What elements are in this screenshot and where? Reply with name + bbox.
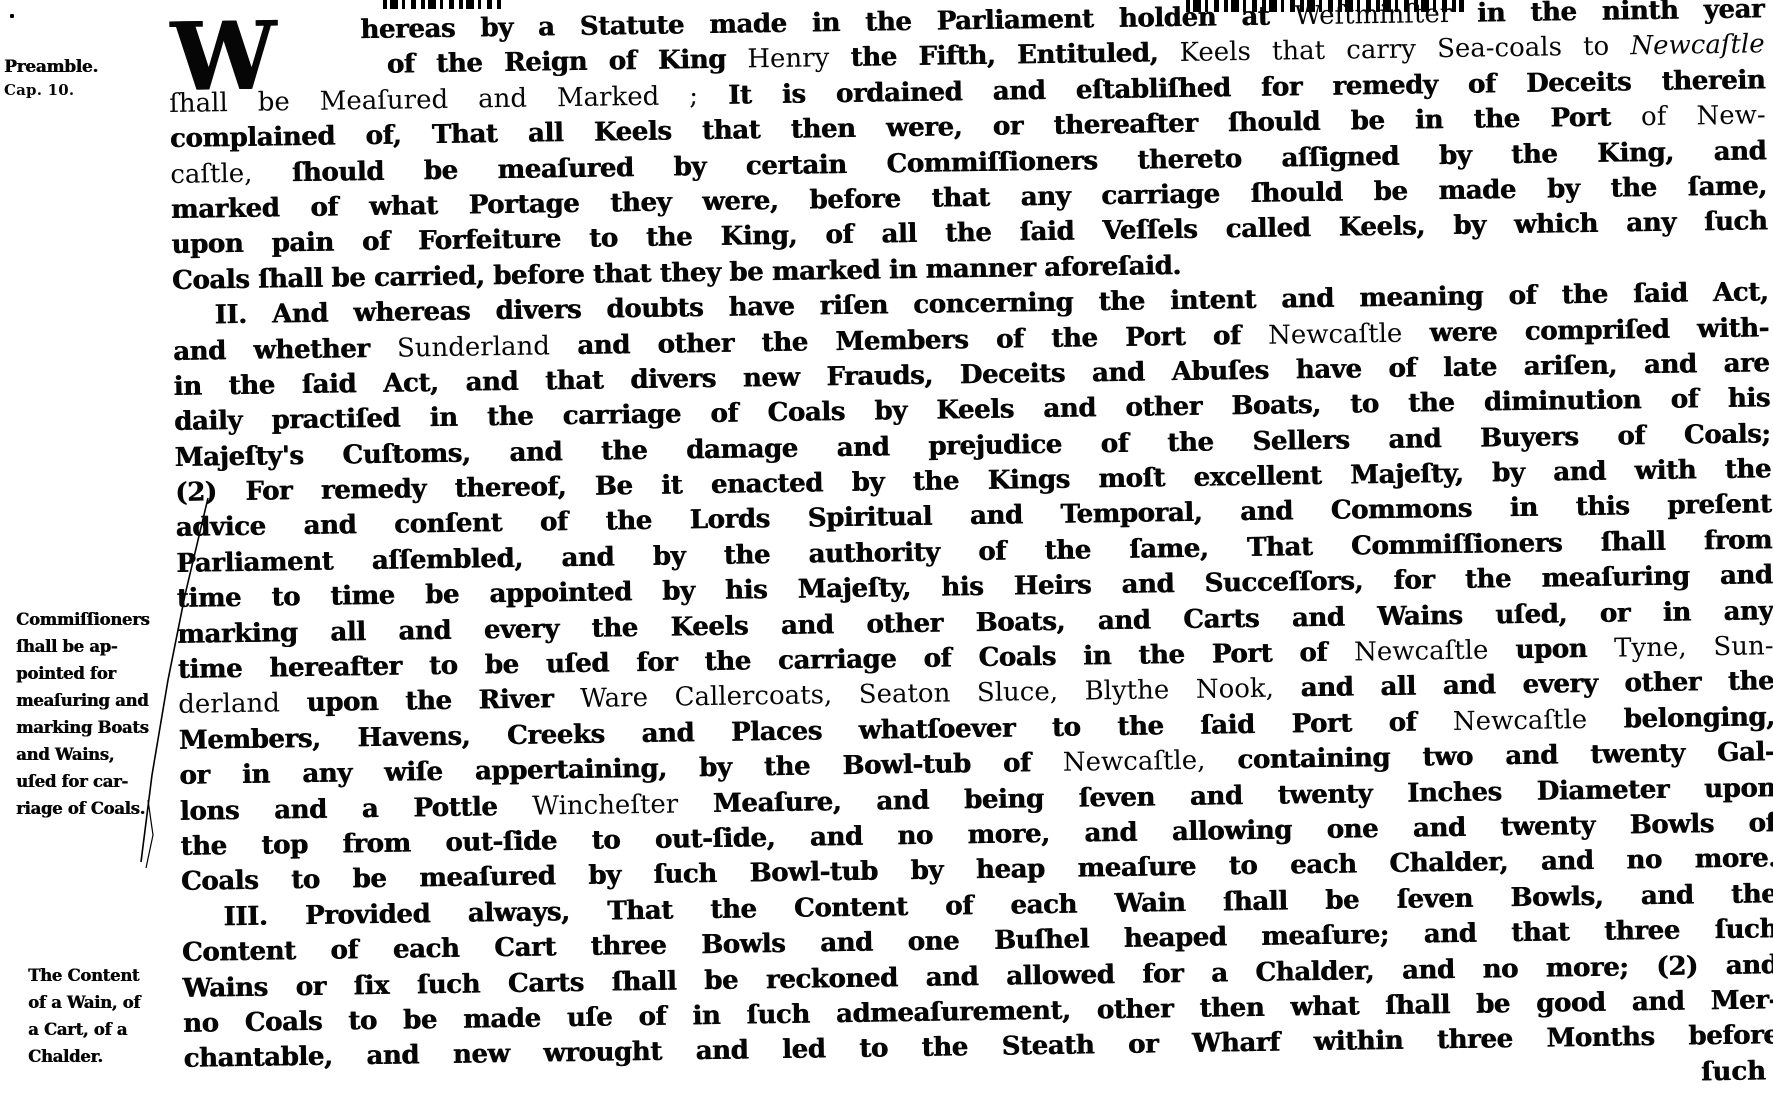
margin-note-line: uſed for car- [16,768,149,795]
text-segment: derland [178,688,307,720]
text-segment: Wincheſter [532,789,713,822]
text-segment: of the Reign of King [387,45,748,80]
text-segment: of New- [1641,100,1766,132]
text-segment: and whether [173,333,397,366]
text-segment: upon [1515,634,1614,665]
statute-text: W hereas by a Statute made in the Parlia… [168,0,1773,1113]
statute-lines: hereas by a Statute made in the Parliame… [168,0,1773,1078]
text-segment: containing two and twenty Gal- [1237,737,1773,775]
text-segment: Newcaſtle [1354,635,1516,667]
text-segment: were compriſed with- [1429,313,1769,348]
margin-note-line: Commiſſioners [16,606,149,633]
drop-cap-initial: W [170,16,277,98]
text-segment: caſtle, [170,158,292,190]
text-segment: Newcaſtle, [1063,745,1238,778]
text-segment: upon the River [306,684,580,718]
text-segment: Henry [747,43,851,75]
margin-note-line: a Cart, of a [28,1016,140,1043]
margin-note-line: Chalder. [28,1043,140,1070]
text-segment: in the ninth year [1477,0,1765,29]
margin-note-line: marking Boats [16,714,149,741]
text-segment: Newcaſtle [1630,30,1765,62]
text-segment: Newcaſtle [1453,704,1624,737]
text-segment: Keels that carry Sea-coals to [1179,32,1630,69]
text-segment: Tyne, Sun- [1614,631,1773,663]
margin-note-line: Cap. 10. [4,79,98,102]
margin-note-line: riage of Coals. [16,795,149,822]
text-segment: belonging, [1623,702,1773,734]
text-segment: Weſtminſter [1294,0,1477,31]
text-segment: the Fifth, Entituled, [850,38,1180,73]
margin-note-commissioners: Commiſſionersſhall be ap-pointed formeaſ… [16,606,149,822]
margin-note-content: The Contentof a Wain, ofa Cart, of aChal… [28,962,140,1070]
margin-note-line: and Wains, [16,741,149,768]
margin-note-line: The Content [28,962,140,989]
text-segment: Newcaſtle [1268,318,1430,350]
scanned-statute-page: { "page": { "background": "#ffffff", "in… [0,0,1773,1118]
text-segment: lons and a Pottle [180,791,533,826]
text-segment: Sunderland [397,330,578,363]
margin-note-line: pointed for [16,660,149,687]
cropped-text-fragment [383,0,501,9]
margin-note-line: Preamble. [4,56,98,79]
text-segment: and all and every other the [1300,667,1773,704]
margin-note-line: meaſuring and [16,687,149,714]
margin-note-preamble: Preamble.Cap. 10. [4,56,98,102]
margin-note-line: of a Wain, of [28,989,140,1016]
margin-note-line: ſhall be ap- [16,633,149,660]
